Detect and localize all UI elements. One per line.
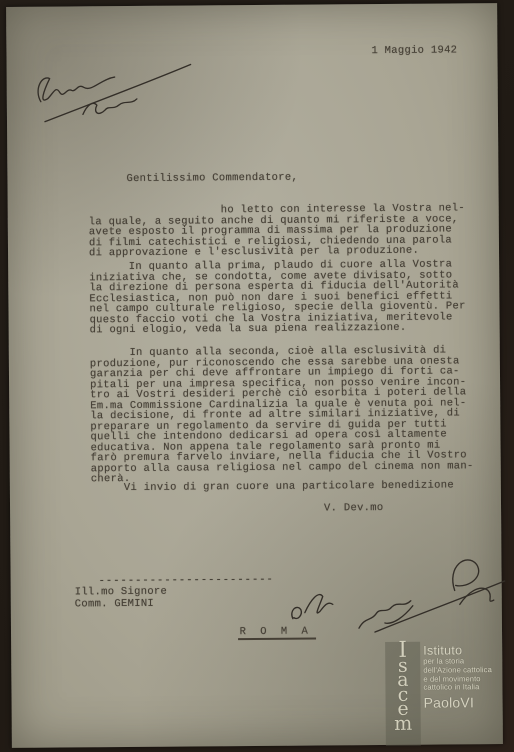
monogram-letter: m bbox=[394, 716, 412, 731]
handwritten-annotation-top bbox=[24, 50, 197, 129]
isacem-monogram: I s a c e m bbox=[385, 642, 421, 746]
recipient-separator-line: ------------------------ bbox=[99, 575, 274, 587]
recipient-line-1: Ill.mo Signore bbox=[75, 587, 168, 598]
closing-line: Vi invio di gran cuore una particolare b… bbox=[91, 480, 454, 493]
recipient-city-text: R O M A bbox=[238, 626, 316, 640]
watermark-text-block: Istituto per la storia dell'Azione catto… bbox=[423, 641, 492, 746]
recipient-city: R O M A bbox=[198, 616, 316, 651]
paragraph-1: ho letto con interesse la Vostra nel- la… bbox=[89, 203, 466, 258]
letter-paper: 1 Maggio 1942 Gentilissimo Commendatore,… bbox=[6, 3, 503, 748]
watermark-name: PaoloVI bbox=[424, 694, 493, 711]
recipient-line-2: Comm. GEMINI bbox=[75, 599, 154, 610]
valediction: V. Dev.mo bbox=[324, 503, 384, 514]
paragraph-3: In quanto alla seconda, cioè alla esclus… bbox=[90, 345, 474, 485]
watermark-line: cattolico in Italia bbox=[423, 684, 492, 693]
salutation: Gentilissimo Commendatore, bbox=[126, 173, 298, 185]
archive-watermark: I s a c e m Istituto per la storia dell'… bbox=[385, 641, 508, 746]
date-line: 1 Maggio 1942 bbox=[371, 45, 457, 56]
paragraph-2: In quanto alla prima, plaudo di cuore al… bbox=[89, 259, 466, 335]
